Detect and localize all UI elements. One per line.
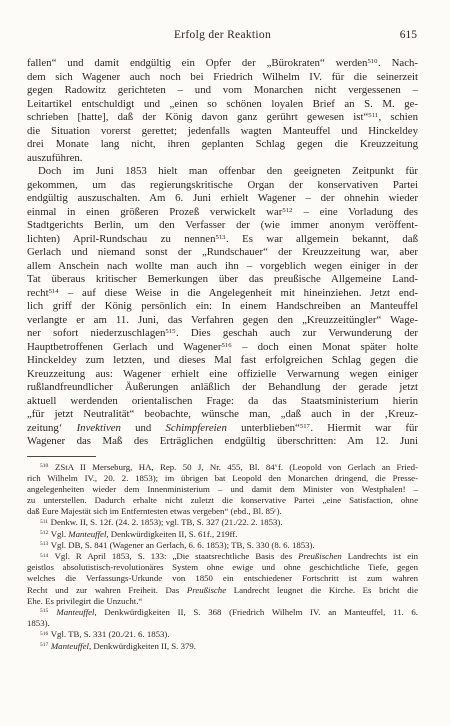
- text-line: dem sich Wagener auch noch bei Friedrich…: [27, 71, 418, 85]
- text-span: „für jetzt Neutralität“ beobachte, wünsc…: [27, 408, 418, 420]
- book-page: Erfolg der Reaktion 615 fallen“ und dami…: [0, 0, 450, 726]
- text-span: lichten) April-Rundschau zu nennen: [27, 233, 215, 245]
- text-line: recht514 – auf diese Weise in die Angele…: [27, 287, 418, 301]
- text-span: rußlandfreundlicher Äußerungen anläßlich…: [27, 381, 418, 393]
- text-line: geistlos absolutistisch-revolutionäres S…: [27, 562, 418, 573]
- body-text: fallen“ und damit endgültig ein Opfer de…: [27, 57, 418, 449]
- footnote-marker: 517: [300, 423, 311, 430]
- text-line: aktuell werdenden orientalischen Frage: …: [27, 395, 418, 409]
- footnotes-section: 510 ZStA II Merseburg, HA, Rep. 50 J, Nr…: [27, 462, 418, 652]
- text-span: und: [121, 422, 166, 434]
- footnote-513: 513 Vgl. DB, S. 841 (Wagener an Gerlach,…: [27, 540, 418, 551]
- text-span: die Situation vorerst gerettet; jedenfal…: [27, 125, 418, 137]
- footnote-marker: 511: [368, 112, 378, 119]
- text-line: zu unterstellen. Dadurch erhalte nicht z…: [27, 495, 418, 506]
- text-span: allem Anschein nach wollte man auch ihn …: [27, 260, 418, 272]
- footnote-515: 515 Manteuffel, Denkwürdigkeiten II, S. …: [27, 607, 418, 629]
- text-line: gegen Radowitz gerichteten – und vom Mon…: [27, 84, 418, 98]
- footnote-510: 510 ZStA II Merseburg, HA, Rep. 50 J, Nr…: [27, 462, 418, 518]
- text-line: 517 Manteuffel, Denkwürdigkeiten II, S. …: [27, 641, 418, 652]
- footnote-marker: 512: [40, 530, 49, 536]
- text-line: 1853).: [27, 618, 418, 629]
- text-span: endgültig auszuschalten. Am 6. Juni erhi…: [27, 192, 418, 204]
- text-span: aktuell werdenden orientalischen Frage: …: [27, 395, 418, 407]
- text-line: Doch im Juni 1853 hielt man offenbar den…: [27, 165, 418, 179]
- text-span: ner sofort niederzuschlagen: [27, 327, 165, 339]
- footnote-marker: 515: [165, 328, 176, 335]
- text-span: . Dies geschah auch zur Verwunderung der: [176, 327, 418, 339]
- footnote-separator: [27, 456, 96, 457]
- text-line: 512 Vgl. Manteuffel, Denkwürdigkeiten II…: [27, 529, 418, 540]
- running-head: Erfolg der Reaktion 615: [27, 29, 418, 44]
- text-line: lichten) April-Rundschau zu nennen513. E…: [27, 233, 418, 247]
- text-block: Erfolg der Reaktion 615 fallen“ und dami…: [27, 29, 418, 652]
- text-span: Landrechts ist ein: [342, 551, 418, 561]
- text-span: – doch einen Monat später holte: [232, 341, 418, 353]
- chapter-title: Erfolg der Reaktion: [27, 29, 418, 41]
- footnote-marker: 510: [367, 58, 378, 65]
- text-line: 514 Vgl. R April 1853, S. 133: „Die staa…: [27, 551, 418, 562]
- text-line: drei Monate lang nicht, ihren geplanten …: [27, 138, 418, 152]
- body-paragraph-2: Doch im Juni 1853 hielt man offenbar den…: [27, 165, 418, 449]
- text-line: 515 Manteuffel, Denkwürdigkeiten II, S. …: [27, 607, 418, 618]
- text-span: – auf diese Weise in die Angelegenheit m…: [59, 287, 418, 299]
- text-line: schrieben [hatte], daß der König davon g…: [27, 111, 418, 125]
- text-span: , Denkwürdigkeiten II, S. 61f., 219ff.: [106, 529, 237, 539]
- text-span: Kreuzzeitung aus: Wagener erhielt eine o…: [27, 368, 418, 380]
- text-line: zeitung‘ Invektiven und Schimpfereien un…: [27, 422, 418, 436]
- text-line: Hinckeldey zum letzten, und dieses Mal f…: [27, 354, 418, 368]
- text-span: gekommen, um das regierungskritische Org…: [27, 179, 418, 191]
- text-span: geistlos absolutistisch-revolutionäres S…: [27, 562, 418, 572]
- italic-text: Manteuffel: [68, 529, 106, 539]
- text-line: Stadtgerichts Berlin, um den Verfasser d…: [27, 219, 418, 233]
- text-line: 513 Vgl. DB, S. 841 (Wagener an Gerlach,…: [27, 540, 418, 551]
- text-line: Wagener das Maß des Erträglichen endgült…: [27, 435, 418, 449]
- italic-text: Preußische: [187, 585, 226, 595]
- footnote-marker: 512: [282, 207, 293, 214]
- text-span: . Es war allgemein bekannt, daß: [226, 233, 418, 245]
- text-span: verlangte er am 11. Juni, das Verfahren …: [27, 314, 418, 326]
- text-span: Denkw. II, S. 12f. (24. 2. 1853); vgl. T…: [48, 517, 282, 527]
- text-span: Vgl. TB, S. 331 (20./21. 6. 1853).: [49, 629, 170, 639]
- text-line: lich griff der König persönlich ein: In …: [27, 300, 418, 314]
- footnote-512: 512 Vgl. Manteuffel, Denkwürdigkeiten II…: [27, 529, 418, 540]
- text-span: rich Wilhelm IV., 20. 2. 1853); im übrig…: [27, 473, 418, 483]
- text-line: Recht und zur wahren Freiheit. Das Preuß…: [27, 585, 418, 596]
- text-span: Landrecht leugnet die Kirche. Es bricht …: [226, 585, 418, 595]
- text-line: verlangte er am 11. Juni, das Verfahren …: [27, 314, 418, 328]
- footnote-marker: 514: [40, 553, 49, 559]
- text-span: Hinckeldey zum letzten, und dieses Mal f…: [27, 354, 418, 366]
- text-line: rich Wilhelm IV., 20. 2. 1853); im übrig…: [27, 473, 418, 484]
- text-line: Kreuzzeitung aus: Wagener erhielt eine o…: [27, 368, 418, 382]
- text-line: Hauptbetroffenen Gerlach und Wagener516 …: [27, 341, 418, 355]
- text-span: , Denkwürdigkeiten II, S. 379.: [89, 641, 196, 651]
- text-span: lich griff der König persönlich ein: In …: [27, 300, 418, 312]
- text-span: einmal in einen größeren Prozeß verwicke…: [27, 206, 282, 218]
- footnote-marker: 517: [40, 642, 49, 648]
- text-line: Leitartikel entschuldigt und „einen so s…: [27, 98, 418, 112]
- text-line: auszuführen.: [27, 152, 418, 166]
- footnote-marker: 514: [49, 288, 60, 295]
- footnote-marker: 516: [40, 631, 49, 637]
- text-line: angelegenheiten wieder dem Innenminister…: [27, 484, 418, 495]
- text-line: rußlandfreundlicher Äußerungen anläßlich…: [27, 381, 418, 395]
- text-span: auszuführen.: [27, 152, 82, 164]
- text-span: Vgl. R April 1853, S. 133: „Die staatsre…: [49, 551, 298, 561]
- text-span: 1853).: [27, 618, 50, 628]
- text-span: angelegenheiten wieder dem Innenminister…: [27, 484, 418, 494]
- text-line: Gerlach und niemand sonst der „Rundschau…: [27, 246, 418, 260]
- body-paragraph-1: fallen“ und damit endgültig ein Opfer de…: [27, 57, 418, 165]
- text-line: die Situation vorerst gerettet; jedenfal…: [27, 125, 418, 139]
- italic-text: Schimpfereien: [166, 422, 227, 434]
- footnote-marker: 515: [40, 608, 49, 614]
- text-line: 510 ZStA II Merseburg, HA, Rep. 50 J, Nr…: [27, 462, 418, 473]
- italic-text: Manteuffel: [56, 607, 94, 617]
- text-span: Tat überaus kritischer Bemerkungen über …: [27, 273, 418, 285]
- footnote-marker: 513: [40, 541, 49, 547]
- footnote-marker: 510: [40, 463, 49, 469]
- text-span: Doch im Juni 1853 hielt man offenbar den…: [38, 165, 418, 177]
- footnote-marker: 516: [222, 342, 233, 349]
- text-span: unterblieben“: [227, 422, 300, 434]
- text-span: fallen“ und damit endgültig ein Opfer de…: [27, 57, 367, 69]
- text-line: ner sofort niederzuschlagen515. Dies ges…: [27, 327, 418, 341]
- footnote-514: 514 Vgl. R April 1853, S. 133: „Die staa…: [27, 551, 418, 607]
- text-span: ).: [277, 506, 282, 516]
- footnote-marker: 513: [215, 234, 226, 241]
- italic-text: Invektiven: [77, 422, 121, 434]
- text-span: ZStA II Merseburg, HA, Rep. 50 J, Nr. 45…: [49, 462, 275, 472]
- footnote-marker: 511: [40, 519, 48, 525]
- text-span: . Nach-: [378, 57, 418, 69]
- text-span: drei Monate lang nicht, ihren geplanten …: [27, 138, 418, 150]
- text-line: gekommen, um das regierungskritische Org…: [27, 179, 418, 193]
- text-span: gegen Radowitz gerichteten – und vom Mon…: [27, 84, 418, 96]
- text-span: welches die Verfassungs-Urkunde von 1850…: [27, 573, 418, 583]
- text-line: einmal in einen größeren Prozeß verwicke…: [27, 206, 418, 220]
- text-span: . Hiermit war für: [310, 422, 418, 434]
- text-line: 516 Vgl. TB, S. 331 (20./21. 6. 1853).: [27, 629, 418, 640]
- footnote-516: 516 Vgl. TB, S. 331 (20./21. 6. 1853).: [27, 629, 418, 640]
- italic-text: Manteuffel: [51, 641, 89, 651]
- footnote-marker: r: [274, 508, 276, 514]
- text-line: „für jetzt Neutralität“ beobachte, wünsc…: [27, 408, 418, 422]
- text-span: Ehe. Es privilegirt die Unzucht.“: [27, 596, 142, 606]
- text-line: daß Eure Majestät sich im Entferntesten …: [27, 506, 418, 517]
- text-line: endgültig auszuschalten. Am 6. Juni erhi…: [27, 192, 418, 206]
- text-line: welches die Verfassungs-Urkunde von 1850…: [27, 573, 418, 584]
- text-span: Hauptbetroffenen Gerlach und Wagener: [27, 341, 222, 353]
- text-span: Recht und zur wahren Freiheit. Das: [27, 585, 187, 595]
- text-span: , Denkwürdigkeiten II, S. 368 (Friedrich…: [95, 607, 419, 617]
- text-span: Wagener das Maß des Erträglichen endgült…: [27, 435, 418, 447]
- text-line: 511 Denkw. II, S. 12f. (24. 2. 1853); vg…: [27, 517, 418, 528]
- page-number: 615: [400, 29, 417, 41]
- text-line: fallen“ und damit endgültig ein Opfer de…: [27, 57, 418, 71]
- text-span: Leitartikel entschuldigt und „einen so s…: [27, 98, 418, 110]
- footnote-511: 511 Denkw. II, S. 12f. (24. 2. 1853); vg…: [27, 517, 418, 528]
- text-span: , schien: [379, 111, 418, 123]
- text-span: f. (Leopold von Gerlach an Fried-: [278, 462, 418, 472]
- footnote-517: 517 Manteuffel, Denkwürdigkeiten II, S. …: [27, 641, 418, 652]
- text-span: Gerlach und niemand sonst der „Rundschau…: [27, 246, 418, 258]
- text-span: Vgl.: [49, 529, 69, 539]
- footnote-marker: v: [275, 463, 278, 469]
- text-span: dem sich Wagener auch noch bei Friedrich…: [27, 71, 418, 83]
- text-line: Tat überaus kritischer Bemerkungen über …: [27, 273, 418, 287]
- text-span: Vgl. DB, S. 841 (Wagener an Gerlach, 6. …: [49, 540, 315, 550]
- text-span: schrieben [hatte], daß der König davon g…: [27, 111, 368, 123]
- text-span: recht: [27, 287, 49, 299]
- text-line: Ehe. Es privilegirt die Unzucht.“: [27, 596, 418, 607]
- text-span: Stadtgerichts Berlin, um den Verfasser d…: [27, 219, 418, 231]
- text-span: daß Eure Majestät sich im Entferntesten …: [27, 506, 274, 516]
- italic-text: Preußischen: [298, 551, 342, 561]
- text-line: allem Anschein nach wollte man auch ihn …: [27, 260, 418, 274]
- text-span: zeitung‘: [27, 422, 77, 434]
- text-span: zu unterstellen. Dadurch erhalte nicht z…: [27, 495, 418, 505]
- text-span: – eine Vorladung des: [293, 206, 418, 218]
